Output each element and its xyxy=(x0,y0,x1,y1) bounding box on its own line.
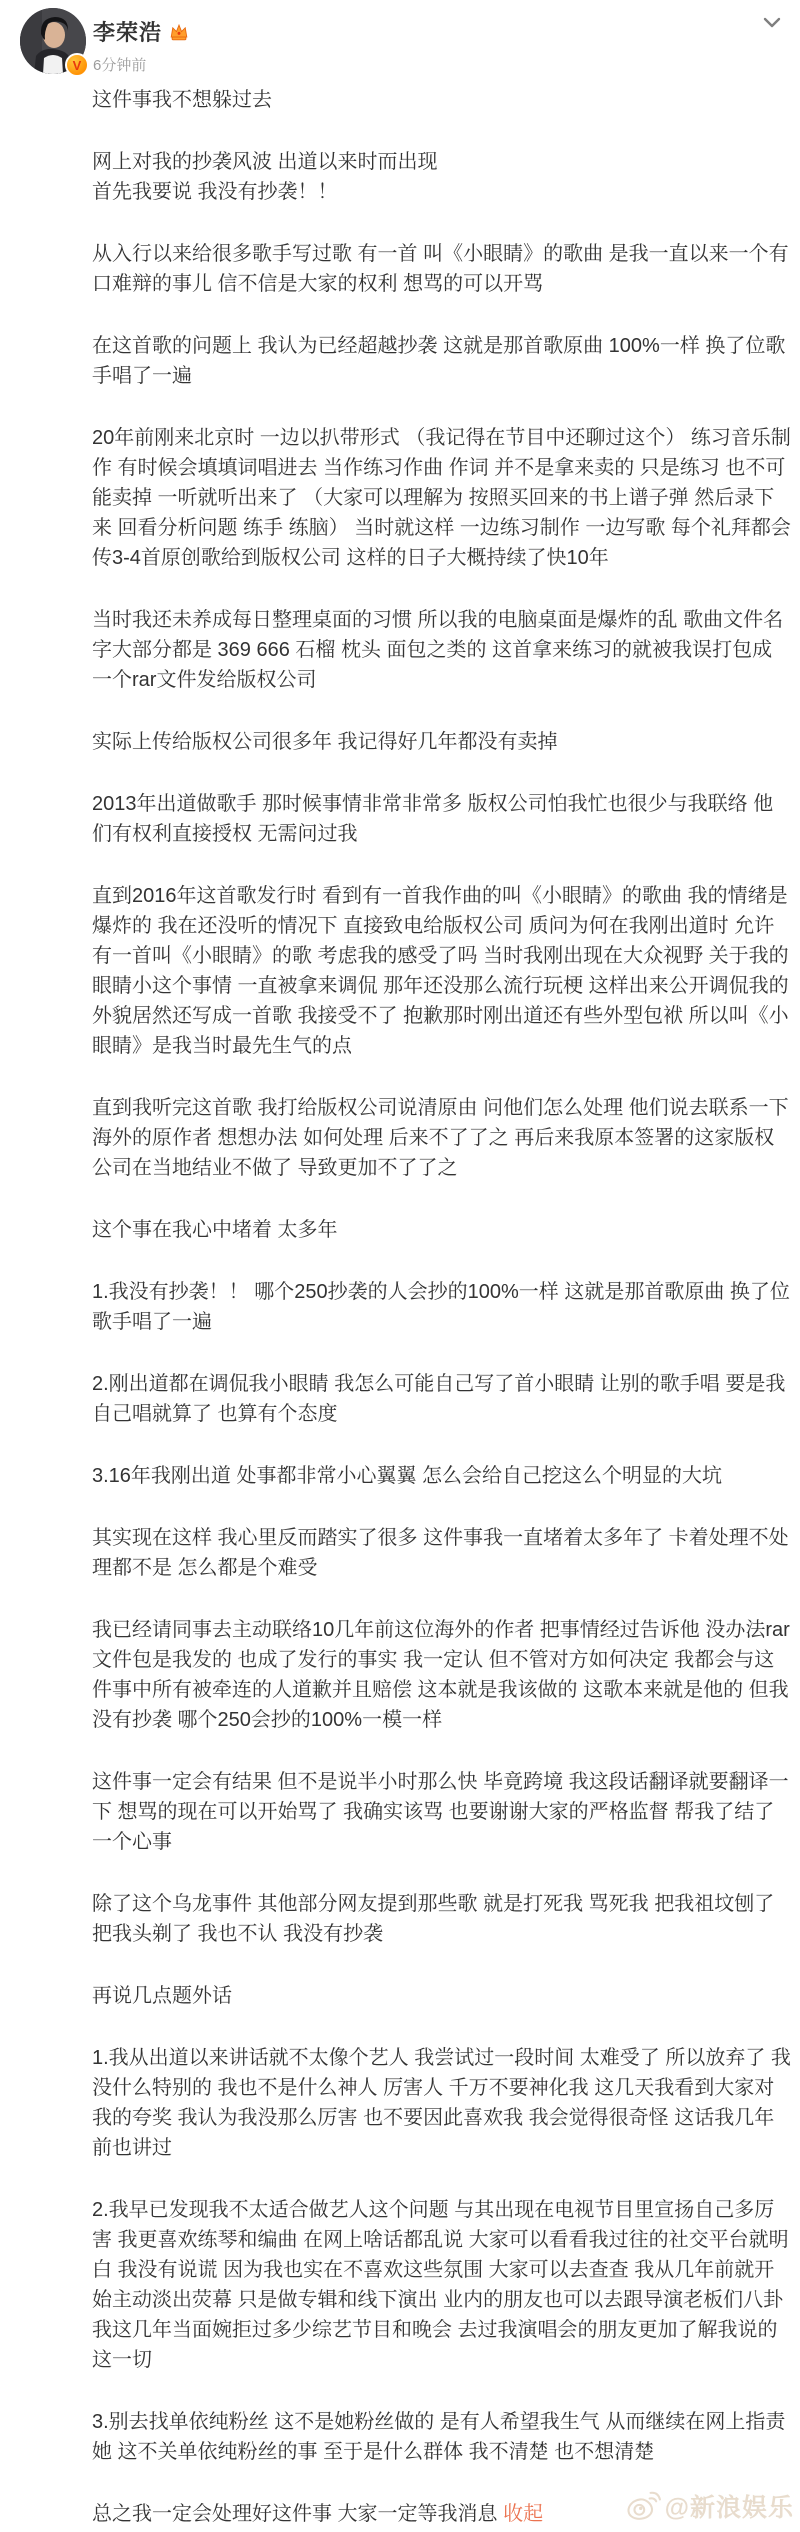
post-paragraph: 其实现在这样 我心里反而踏实了很多 这件事我一直堵着太多年了 卡着处理不处理都不… xyxy=(92,1523,792,1583)
post-paragraph: 这个事在我心中堵着 太多年 xyxy=(92,1215,792,1245)
post-paragraph: 2.刚出道都在调侃我小眼睛 我怎么可能自己写了首小眼睛 让别的歌手唱 要是我自己… xyxy=(92,1369,792,1429)
collapse-link[interactable]: 收起 xyxy=(498,2503,544,2525)
watermark: @新浪娱乐 xyxy=(627,2488,794,2524)
post-paragraph: 3.别去找单依纯粉丝 这不是她粉丝做的 是有人希望我生气 从而继续在网上指责她 … xyxy=(92,2407,792,2467)
post-paragraph: 在这首歌的问题上 我认为已经超越抄袭 这就是那首歌原曲 100%一样 换了位歌手… xyxy=(92,331,792,391)
post-paragraph: 直到2016年这首歌发行时 看到有一首我作曲的叫《小眼睛》的歌曲 我的情绪是爆炸… xyxy=(92,881,792,1061)
vip-crown-icon xyxy=(168,21,190,43)
post-timestamp: 6分钟前 xyxy=(93,54,146,75)
author-name[interactable]: 李荣浩 xyxy=(93,16,162,47)
post-paragraph: 从入行以来给很多歌手写过歌 有一首 叫《小眼睛》的歌曲 是我一直以来一个有口难辩… xyxy=(92,239,792,299)
post-paragraph: 2.我早已发现我不太适合做艺人这个问题 与其出现在电视节目里宣扬自己多厉害 我更… xyxy=(92,2195,792,2375)
post-paragraph: 网上对我的抄袭风波 出道以来时而出现 首先我要说 我没有抄袭！！ xyxy=(92,147,792,207)
weibo-logo-icon xyxy=(627,2491,661,2521)
post-paragraph: 这件事我不想躲过去 xyxy=(92,85,792,115)
post-paragraph: 直到我听完这首歌 我打给版权公司说清原由 问他们怎么处理 他们说去联系一下海外的… xyxy=(92,1093,792,1183)
post-paragraph: 1.我从出道以来讲话就不太像个艺人 我尝试过一段时间 太难受了 所以放弃了 我没… xyxy=(92,2043,792,2163)
weibo-post: V 李荣浩 6分钟前 这件事我不想躲过去网上对我的抄袭风波 出道以来时而出现 首… xyxy=(0,0,800,2532)
post-header: V 李荣浩 6分钟前 xyxy=(0,0,800,84)
chevron-down-icon[interactable] xyxy=(760,10,784,34)
post-paragraph: 3.16年我刚出道 处事都非常小心翼翼 怎么会给自己挖这么个明显的大坑 xyxy=(92,1461,792,1491)
verified-badge-icon: V xyxy=(65,53,89,77)
post-paragraph: 再说几点题外话 xyxy=(92,1981,792,2011)
post-paragraph: 当时我还未养成每日整理桌面的习惯 所以我的电脑桌面是爆炸的乱 歌曲文件名字大部分… xyxy=(92,605,792,695)
post-paragraph: 1.我没有抄袭！！ 哪个250抄袭的人会抄的100%一样 这就是那首歌原曲 换了… xyxy=(92,1277,792,1337)
verified-letter: V xyxy=(73,58,82,73)
post-paragraph: 2013年出道做歌手 那时候事情非常非常多 版权公司怕我忙也很少与我联络 他们有… xyxy=(92,789,792,849)
post-paragraph: 我已经请同事去主动联络10几年前这位海外的作者 把事情经过告诉他 没办法rar文… xyxy=(92,1615,792,1735)
avatar[interactable]: V xyxy=(20,8,86,74)
author-row: 李荣浩 xyxy=(93,16,190,47)
post-paragraph: 除了这个乌龙事件 其他部分网友提到那些歌 就是打死我 骂死我 把我祖坟刨了 把我… xyxy=(92,1889,792,1949)
post-paragraph: 实际上传给版权公司很多年 我记得好几年都没有卖掉 xyxy=(92,727,792,757)
watermark-text: @新浪娱乐 xyxy=(665,2488,794,2524)
post-paragraph: 20年前刚来北京时 一边以扒带形式 （我记得在节目中还聊过这个） 练习音乐制作 … xyxy=(92,423,792,573)
post-paragraph: 这件事一定会有结果 但不是说半小时那么快 毕竟跨境 我这段话翻译就要翻译一下 想… xyxy=(92,1767,792,1857)
post-text: 这件事我不想躲过去网上对我的抄袭风波 出道以来时而出现 首先我要说 我没有抄袭！… xyxy=(92,85,792,2529)
